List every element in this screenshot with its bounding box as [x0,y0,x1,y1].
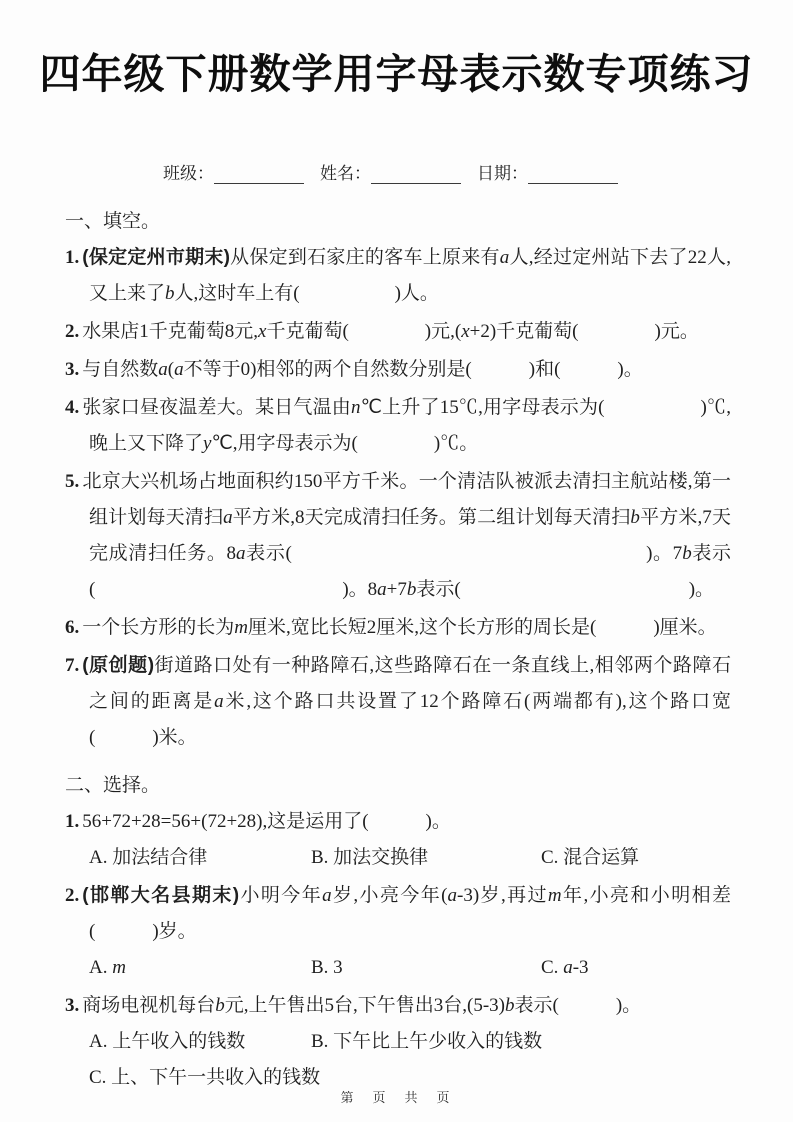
section-heading: 一、填空。 [65,204,731,240]
option-a: A. 上午收入的钱数 [89,1024,311,1060]
question-1: 1.(保定定州市期末)从保定到石家庄的客车上原来有a人,经过定州站下去了22人,… [65,240,731,312]
choice-question-2: 2.(邯郸大名县期末)小明今年a岁,小亮今年(a-3)岁,再过m年,小亮和小明相… [65,878,731,986]
question-body: 与自然数a(a不等于0)相邻的两个自然数分别是( )和( )。 [82,359,642,380]
question-text: 2.水果店1千克葡萄8元,x千克葡萄( )元,(x+2)千克葡萄( )元。 [65,314,731,350]
options-row: A. m B. 3 C. a-3 [65,950,731,986]
question-text: 3.商场电视机每台b元,上午售出5台,下午售出3台,(5-3)b表示( )。 [65,988,731,1024]
date-field: 日期： [477,159,618,184]
worksheet-body: 一、填空。 1.(保定定州市期末)从保定到石家庄的客车上原来有a人,经过定州站下… [65,204,731,1096]
question-text: 6.一个长方形的长为m厘米,宽比长短2厘米,这个长方形的周长是( )厘米。 [65,610,731,646]
option-c: C. 混合运算 [541,840,731,876]
question-5: 5.北京大兴机场占地面积约150平方千米。一个清洁队被派去清扫主航站楼,第一组计… [65,464,731,608]
question-body: 一个长方形的长为m厘米,宽比长短2厘米,这个长方形的周长是( )厘米。 [82,617,716,638]
page-footer: 第 页 共 页 [0,1087,793,1106]
question-text: 7.(原创题)街道路口处有一种路障石,这些路障石在一条直线上,相邻两个路障石之间… [65,648,731,756]
option-a: A. 加法结合律 [89,840,311,876]
option-a: A. m [89,950,311,986]
option-c: C. a-3 [541,950,731,986]
question-text: 1.(保定定州市期末)从保定到石家庄的客车上原来有a人,经过定州站下去了22人,… [65,240,731,312]
question-body: (邯郸大名县期末)小明今年a岁,小亮今年(a-3)岁,再过m年,小亮和小明相差(… [82,885,731,942]
question-3: 3.与自然数a(a不等于0)相邻的两个自然数分别是( )和( )。 [65,352,731,388]
question-text: 1.56+72+28=56+(72+28),这是运用了( )。 [65,804,731,840]
section-heading: 二、选择。 [65,768,731,804]
question-number: 2. [65,885,79,906]
worksheet-page: 四年级下册数学用字母表示数专项练习 班级： 姓名： 日期： 一、填空。 1.(保… [0,0,793,1122]
class-field: 班级： [163,159,304,184]
option-b: B. 下午比上午少收入的钱数 [311,1024,731,1060]
question-6: 6.一个长方形的长为m厘米,宽比长短2厘米,这个长方形的周长是( )厘米。 [65,610,731,646]
date-label: 日期： [477,159,528,184]
question-number: 6. [65,617,79,638]
student-info-row: 班级： 姓名： 日期： [163,159,793,184]
name-blank-line [371,167,461,184]
name-label: 姓名： [320,159,371,184]
question-body: 水果店1千克葡萄8元,x千克葡萄( )元,(x+2)千克葡萄( )元。 [82,321,699,342]
question-text: 4.张家口昼夜温差大。某日气温由n℃上升了15℃,用字母表示为( )℃,晚上又下… [65,390,731,462]
question-number: 3. [65,359,79,380]
question-body: (保定定州市期末)从保定到石家庄的客车上原来有a人,经过定州站下去了22人,又上… [82,247,731,304]
question-body: 商场电视机每台b元,上午售出5台,下午售出3台,(5-3)b表示( )。 [82,995,641,1016]
question-4: 4.张家口昼夜温差大。某日气温由n℃上升了15℃,用字母表示为( )℃,晚上又下… [65,390,731,462]
section-choice: 二、选择。 1.56+72+28=56+(72+28),这是运用了( )。 A.… [65,768,731,1096]
question-number: 2. [65,321,79,342]
question-text: 3.与自然数a(a不等于0)相邻的两个自然数分别是( )和( )。 [65,352,731,388]
question-body: (原创题)街道路口处有一种路障石,这些路障石在一条直线上,相邻两个路障石之间的距… [82,655,731,748]
choice-question-3: 3.商场电视机每台b元,上午售出5台,下午售出3台,(5-3)b表示( )。 A… [65,988,731,1096]
question-number: 7. [65,655,79,676]
option-b: B. 3 [311,950,541,986]
class-blank-line [214,167,304,184]
class-label: 班级： [163,159,214,184]
question-body: 张家口昼夜温差大。某日气温由n℃上升了15℃,用字母表示为( )℃,晚上又下降了… [82,397,731,454]
options-row: A. 加法结合律 B. 加法交换律 C. 混合运算 [65,840,731,876]
question-number: 1. [65,811,79,832]
question-number: 4. [65,397,79,418]
choice-question-1: 1.56+72+28=56+(72+28),这是运用了( )。 A. 加法结合律… [65,804,731,876]
question-body: 56+72+28=56+(72+28),这是运用了( )。 [82,811,451,832]
question-body: 北京大兴机场占地面积约150平方千米。一个清洁队被派去清扫主航站楼,第一组计划每… [82,471,731,600]
question-text: 5.北京大兴机场占地面积约150平方千米。一个清洁队被派去清扫主航站楼,第一组计… [65,464,731,608]
name-field: 姓名： [320,159,461,184]
options-row: A. 上午收入的钱数 B. 下午比上午少收入的钱数 [65,1024,731,1060]
question-2: 2.水果店1千克葡萄8元,x千克葡萄( )元,(x+2)千克葡萄( )元。 [65,314,731,350]
option-b: B. 加法交换律 [311,840,541,876]
question-number: 1. [65,247,79,268]
page-title: 四年级下册数学用字母表示数专项练习 [0,0,793,97]
section-fill-in: 一、填空。 1.(保定定州市期末)从保定到石家庄的客车上原来有a人,经过定州站下… [65,204,731,756]
question-7: 7.(原创题)街道路口处有一种路障石,这些路障石在一条直线上,相邻两个路障石之间… [65,648,731,756]
question-number: 3. [65,995,79,1016]
question-text: 2.(邯郸大名县期末)小明今年a岁,小亮今年(a-3)岁,再过m年,小亮和小明相… [65,878,731,950]
question-number: 5. [65,471,79,492]
date-blank-line [528,167,618,184]
